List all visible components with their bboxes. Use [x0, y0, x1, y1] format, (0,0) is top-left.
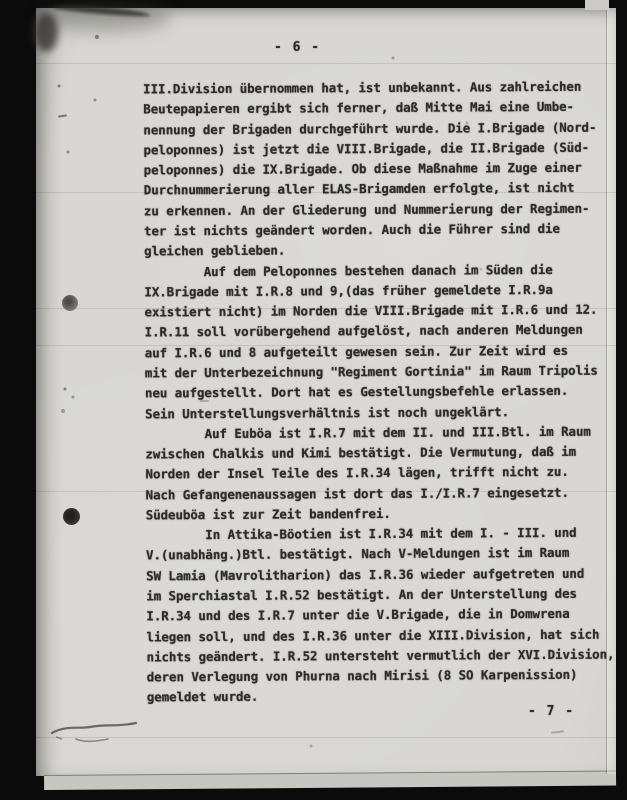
hole-punch-bottom	[63, 508, 80, 525]
page-number-top: - 6 -	[274, 40, 321, 55]
scan-artifact-line	[36, 63, 616, 64]
corner-smudge	[34, 12, 58, 52]
paper-bottom-edge	[44, 771, 616, 790]
document-body: III.Division übernommen hat, ist unbekan…	[143, 77, 615, 709]
scan-background: - 6 - III.Division übernommen hat, ist u…	[0, 0, 627, 800]
hole-punch-top	[62, 295, 78, 311]
paper-specks	[0, 0, 2, 2]
pencil-scribble	[46, 712, 150, 750]
page-number-bottom: - 7 -	[528, 704, 575, 719]
paper-top-right-edge	[585, 0, 609, 10]
